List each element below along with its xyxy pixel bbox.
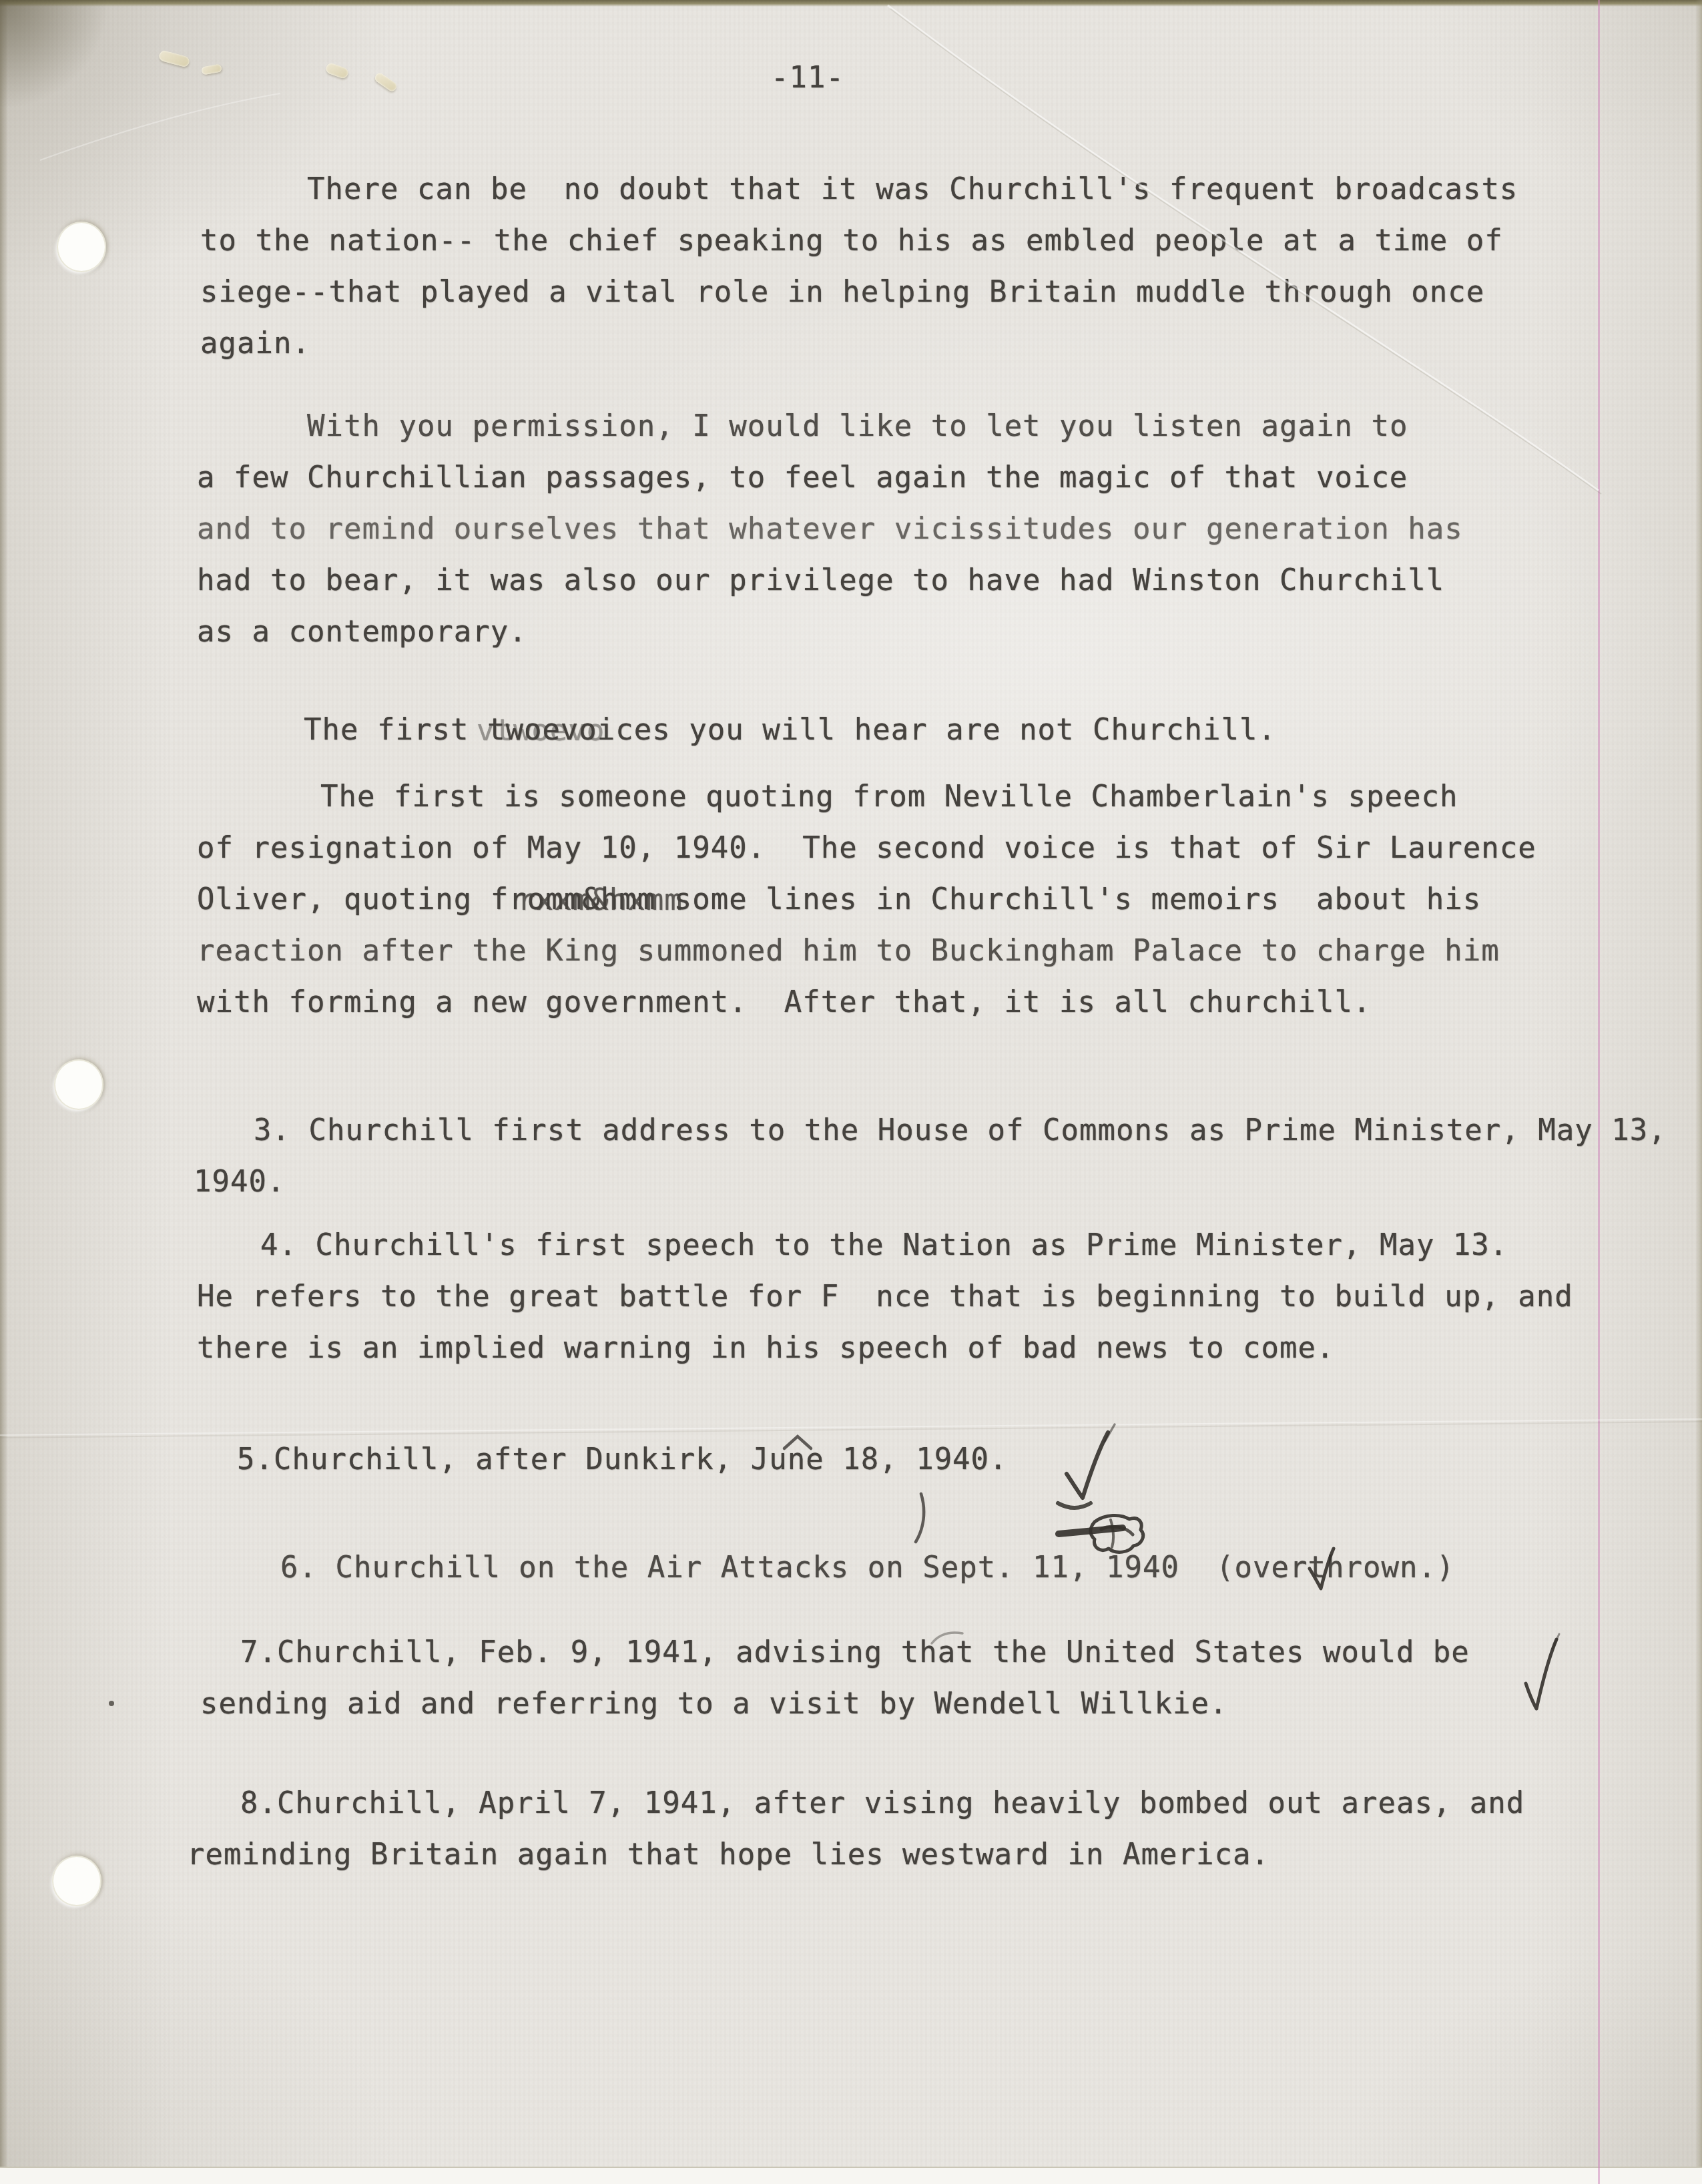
typed-line: again.	[200, 318, 1518, 369]
typed-line: siege--that played a vital role in helpi…	[200, 266, 1518, 318]
page-left-edge	[0, 0, 8, 2184]
page-number: -11-	[694, 52, 921, 103]
overtyped-word: twoevoicesvtwoevo	[487, 704, 671, 756]
staple-emboss-mark	[373, 71, 398, 93]
typed-line: There can be no doubt that it was Church…	[200, 164, 1518, 215]
typed-line: as a contemporary.	[197, 606, 1463, 657]
check-mark-item7	[1526, 1634, 1559, 1709]
typed-line: reaction after the King summoned him to …	[197, 925, 1536, 977]
typed-line: to the nation-- the chief speaking to hi…	[200, 215, 1518, 266]
list-item-5: 5.Churchill, after Dunkirk, June 18, 194…	[237, 1434, 1008, 1485]
typed-line: He refers to the great battle for F nce …	[197, 1271, 1573, 1322]
page-corner-shadow	[0, 0, 107, 107]
typed-line: and to remind ourselves that whatever vi…	[197, 503, 1463, 555]
list-item-6: 6. Churchill on the Air Attacks on Sept.…	[280, 1542, 1454, 1593]
list-item-7: 7.Churchill, Feb. 9, 1941, advising that…	[200, 1627, 1470, 1729]
typed-text: you will hear are not Churchill.	[671, 713, 1276, 747]
typed-line: had to bear, it was also our privilege t…	[197, 555, 1463, 606]
pink-margin-line	[1598, 0, 1600, 2184]
list-item-8: 8.Churchill, April 7, 1941, after vising…	[187, 1778, 1524, 1880]
typed-line: 3. Churchill first address to the House …	[194, 1105, 1667, 1156]
typed-line: With you permission, I would like to let…	[197, 400, 1463, 452]
typed-line: of resignation of May 10, 1940. The seco…	[197, 822, 1536, 874]
typed-line: The first is someone quoting from Nevill…	[197, 771, 1536, 822]
overtype-strike: vtwoevo	[477, 705, 605, 756]
staple-emboss-mark	[158, 49, 191, 67]
punch-hole-bottom	[52, 1856, 101, 1906]
paragraph-permission: With you permission, I would like to let…	[197, 400, 1463, 657]
overtype-strike: rxxm&hxmm	[517, 874, 682, 926]
typed-line: 6. Churchill on the Air Attacks on Sept.…	[280, 1542, 1454, 1593]
page-right-edge	[1695, 0, 1702, 2184]
typed-line: reminding Britain again that hope lies w…	[187, 1829, 1524, 1880]
punch-hole-top	[57, 222, 106, 272]
typed-line: sending aid and referring to a visit by …	[200, 1678, 1470, 1729]
typed-line: 4. Churchill's first speech to the Natio…	[197, 1219, 1573, 1271]
paragraph-chamberlain-oliver: The first is someone quoting from Nevill…	[197, 771, 1536, 1028]
list-item-4: 4. Churchill's first speech to the Natio…	[197, 1219, 1573, 1374]
typed-line: The first twoevoicesvtwoevo you will hea…	[304, 704, 1276, 756]
typed-line: 7.Churchill, Feb. 9, 1941, advising that…	[200, 1627, 1470, 1678]
typed-line: a few Churchillian passages, to feel aga…	[197, 452, 1463, 503]
typed-line: there is an implied warning in his speec…	[197, 1322, 1573, 1374]
typed-line: 8.Churchill, April 7, 1941, after vising…	[187, 1778, 1524, 1829]
overtyped-word: romm&hmmrxxm&hxmm	[509, 874, 655, 925]
paragraph-broadcasts: There can be no doubt that it was Church…	[200, 164, 1518, 369]
typed-line: 1940.	[194, 1156, 1667, 1207]
scanned-document-page: -11- There can be no doubt that it was C…	[0, 0, 1702, 2184]
typed-line: 5.Churchill, after Dunkirk, June 18, 194…	[237, 1434, 1008, 1485]
typed-line: with forming a new government. After tha…	[197, 977, 1536, 1028]
typed-text: The first	[304, 713, 487, 747]
staple-emboss-mark	[201, 63, 222, 75]
staple-emboss-mark	[324, 62, 349, 80]
paragraph-first-voices: The first twoevoicesvtwoevo you will hea…	[304, 704, 1276, 756]
typed-comma	[916, 1494, 924, 1542]
typed-text: Oliver, quoting f	[197, 882, 509, 916]
typed-text: some lines in Churchill's memoirs about …	[655, 882, 1481, 916]
page-bottom-edge	[0, 2167, 1702, 2184]
list-item-3: 3. Churchill first address to the House …	[194, 1105, 1667, 1207]
ink-dot	[109, 1701, 114, 1706]
page-top-edge	[0, 0, 1702, 7]
check-mark-item5	[1058, 1424, 1115, 1508]
punch-hole-middle	[54, 1059, 103, 1110]
typed-line: Oliver, quoting fromm&hmmrxxm&hxmm some …	[197, 874, 1536, 925]
